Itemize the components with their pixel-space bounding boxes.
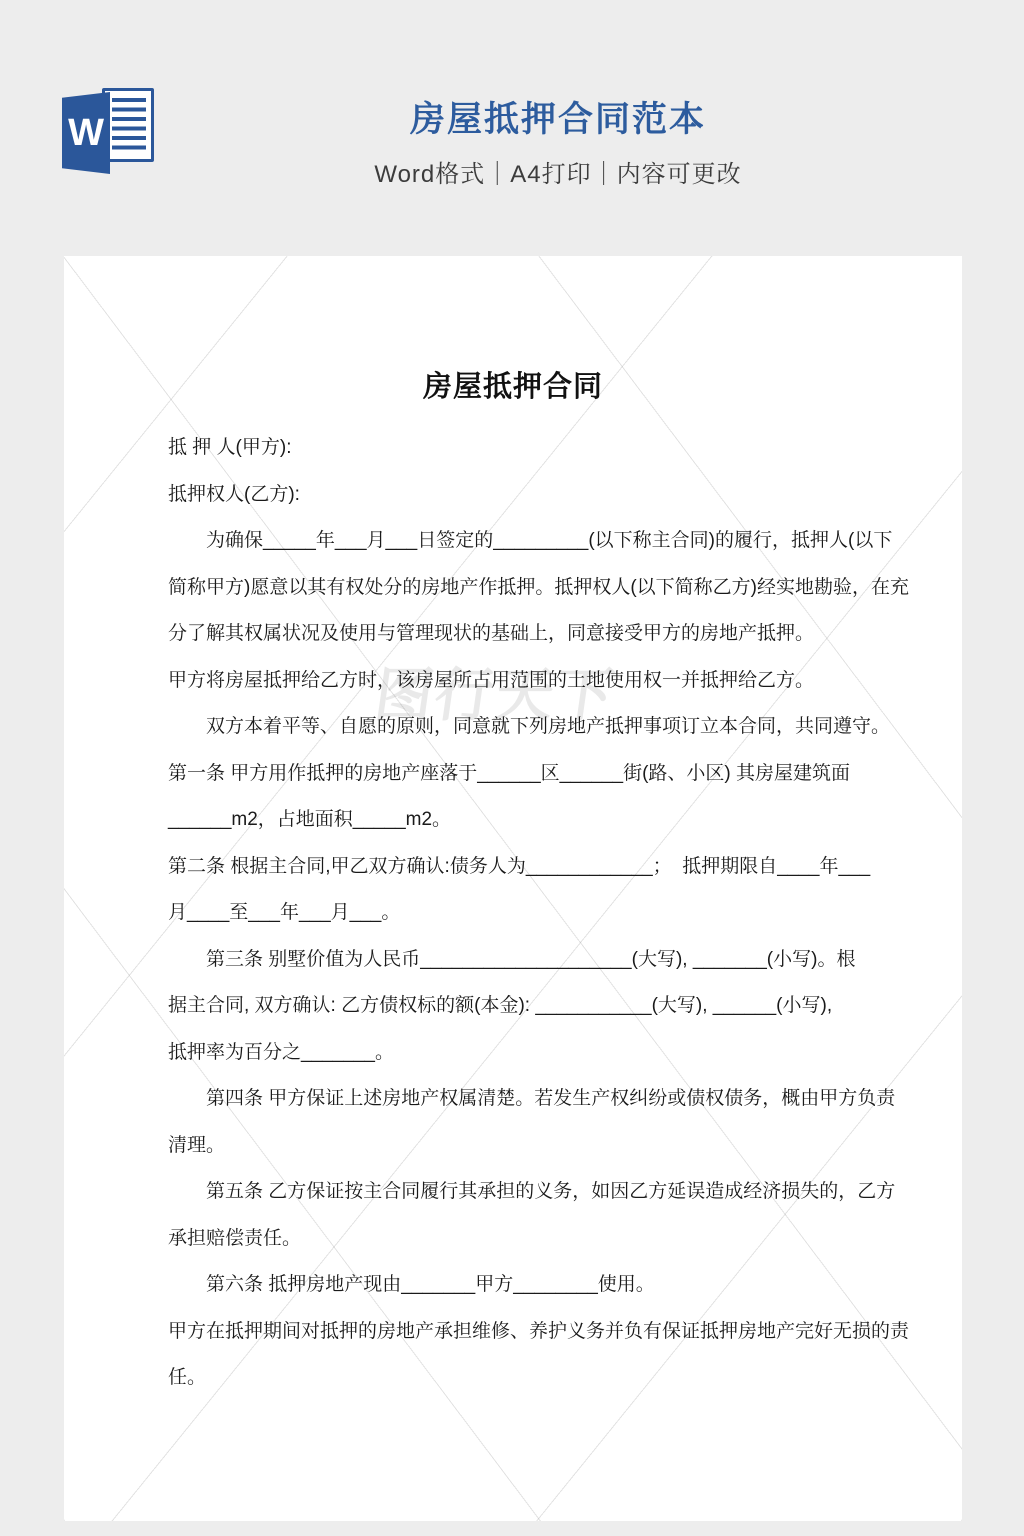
text-line: 第三条 别墅价值为人民币____________________(大写), __…	[168, 937, 904, 984]
screenshot-root: { "header": { "icon_letter": "W", "title…	[0, 0, 1024, 1536]
text-line: 承担赔偿责任。	[168, 1216, 904, 1263]
text-line: 分了解其权属状况及使用与管理现状的基础上，同意接受甲方的房地产抵押。	[168, 611, 904, 658]
text-line: 简称甲方)愿意以其有权处分的房地产作抵押。抵押权人(以下简称乙方)经实地勘验，在…	[168, 565, 904, 612]
text-line: 月____至___年___月___。	[168, 890, 904, 937]
page-title: 房屋抵押合同范本	[92, 92, 1024, 142]
text-line: 抵 押 人(甲方):	[168, 425, 904, 472]
text-line: ______m2，占地面积_____m2。	[168, 797, 904, 844]
page-subtitle: Word格式｜A4打印｜内容可更改	[92, 154, 1024, 189]
text-line: 抵押率为百分之_______。	[168, 1030, 904, 1077]
document-title: 房屋抵押合同	[64, 364, 962, 405]
document-page: 图行天下 房屋抵押合同 抵 押 人(甲方):抵押权人(乙方):为确保_____年…	[64, 256, 962, 1521]
text-line: 甲方在抵押期间对抵押的房地产承担维修、养护义务并负有保证抵押房地产完好无损的责	[168, 1309, 904, 1356]
document-body: 抵 押 人(甲方):抵押权人(乙方):为确保_____年___月___日签定的_…	[168, 425, 904, 1402]
text-line: 第一条 甲方用作抵押的房地产座落于______区______街(路、小区) 其房…	[168, 751, 904, 798]
text-line: 任。	[168, 1355, 904, 1402]
text-line: 第二条 根据主合同,甲乙双方确认:债务人为____________； 抵押期限自…	[168, 844, 904, 891]
text-line: 据主合同, 双方确认: 乙方债权标的额(本金): ___________(大写)…	[168, 983, 904, 1030]
text-line: 双方本着平等、自愿的原则，同意就下列房地产抵押事项订立本合同，共同遵守。	[168, 704, 904, 751]
text-line: 为确保_____年___月___日签定的_________(以下称主合同)的履行…	[168, 518, 904, 565]
text-line: 第四条 甲方保证上述房地产权属清楚。若发生产权纠纷或债权债务，概由甲方负责	[168, 1076, 904, 1123]
text-line: 第五条 乙方保证按主合同履行其承担的义务，如因乙方延误造成经济损失的，乙方	[168, 1169, 904, 1216]
text-line: 抵押权人(乙方):	[168, 472, 904, 519]
text-line: 清理。	[168, 1123, 904, 1170]
text-line: 甲方将房屋抵押给乙方时，该房屋所占用范围的土地使用权一并抵押给乙方。	[168, 658, 904, 705]
text-line: 第六条 抵押房地产现由_______甲方________使用。	[168, 1262, 904, 1309]
